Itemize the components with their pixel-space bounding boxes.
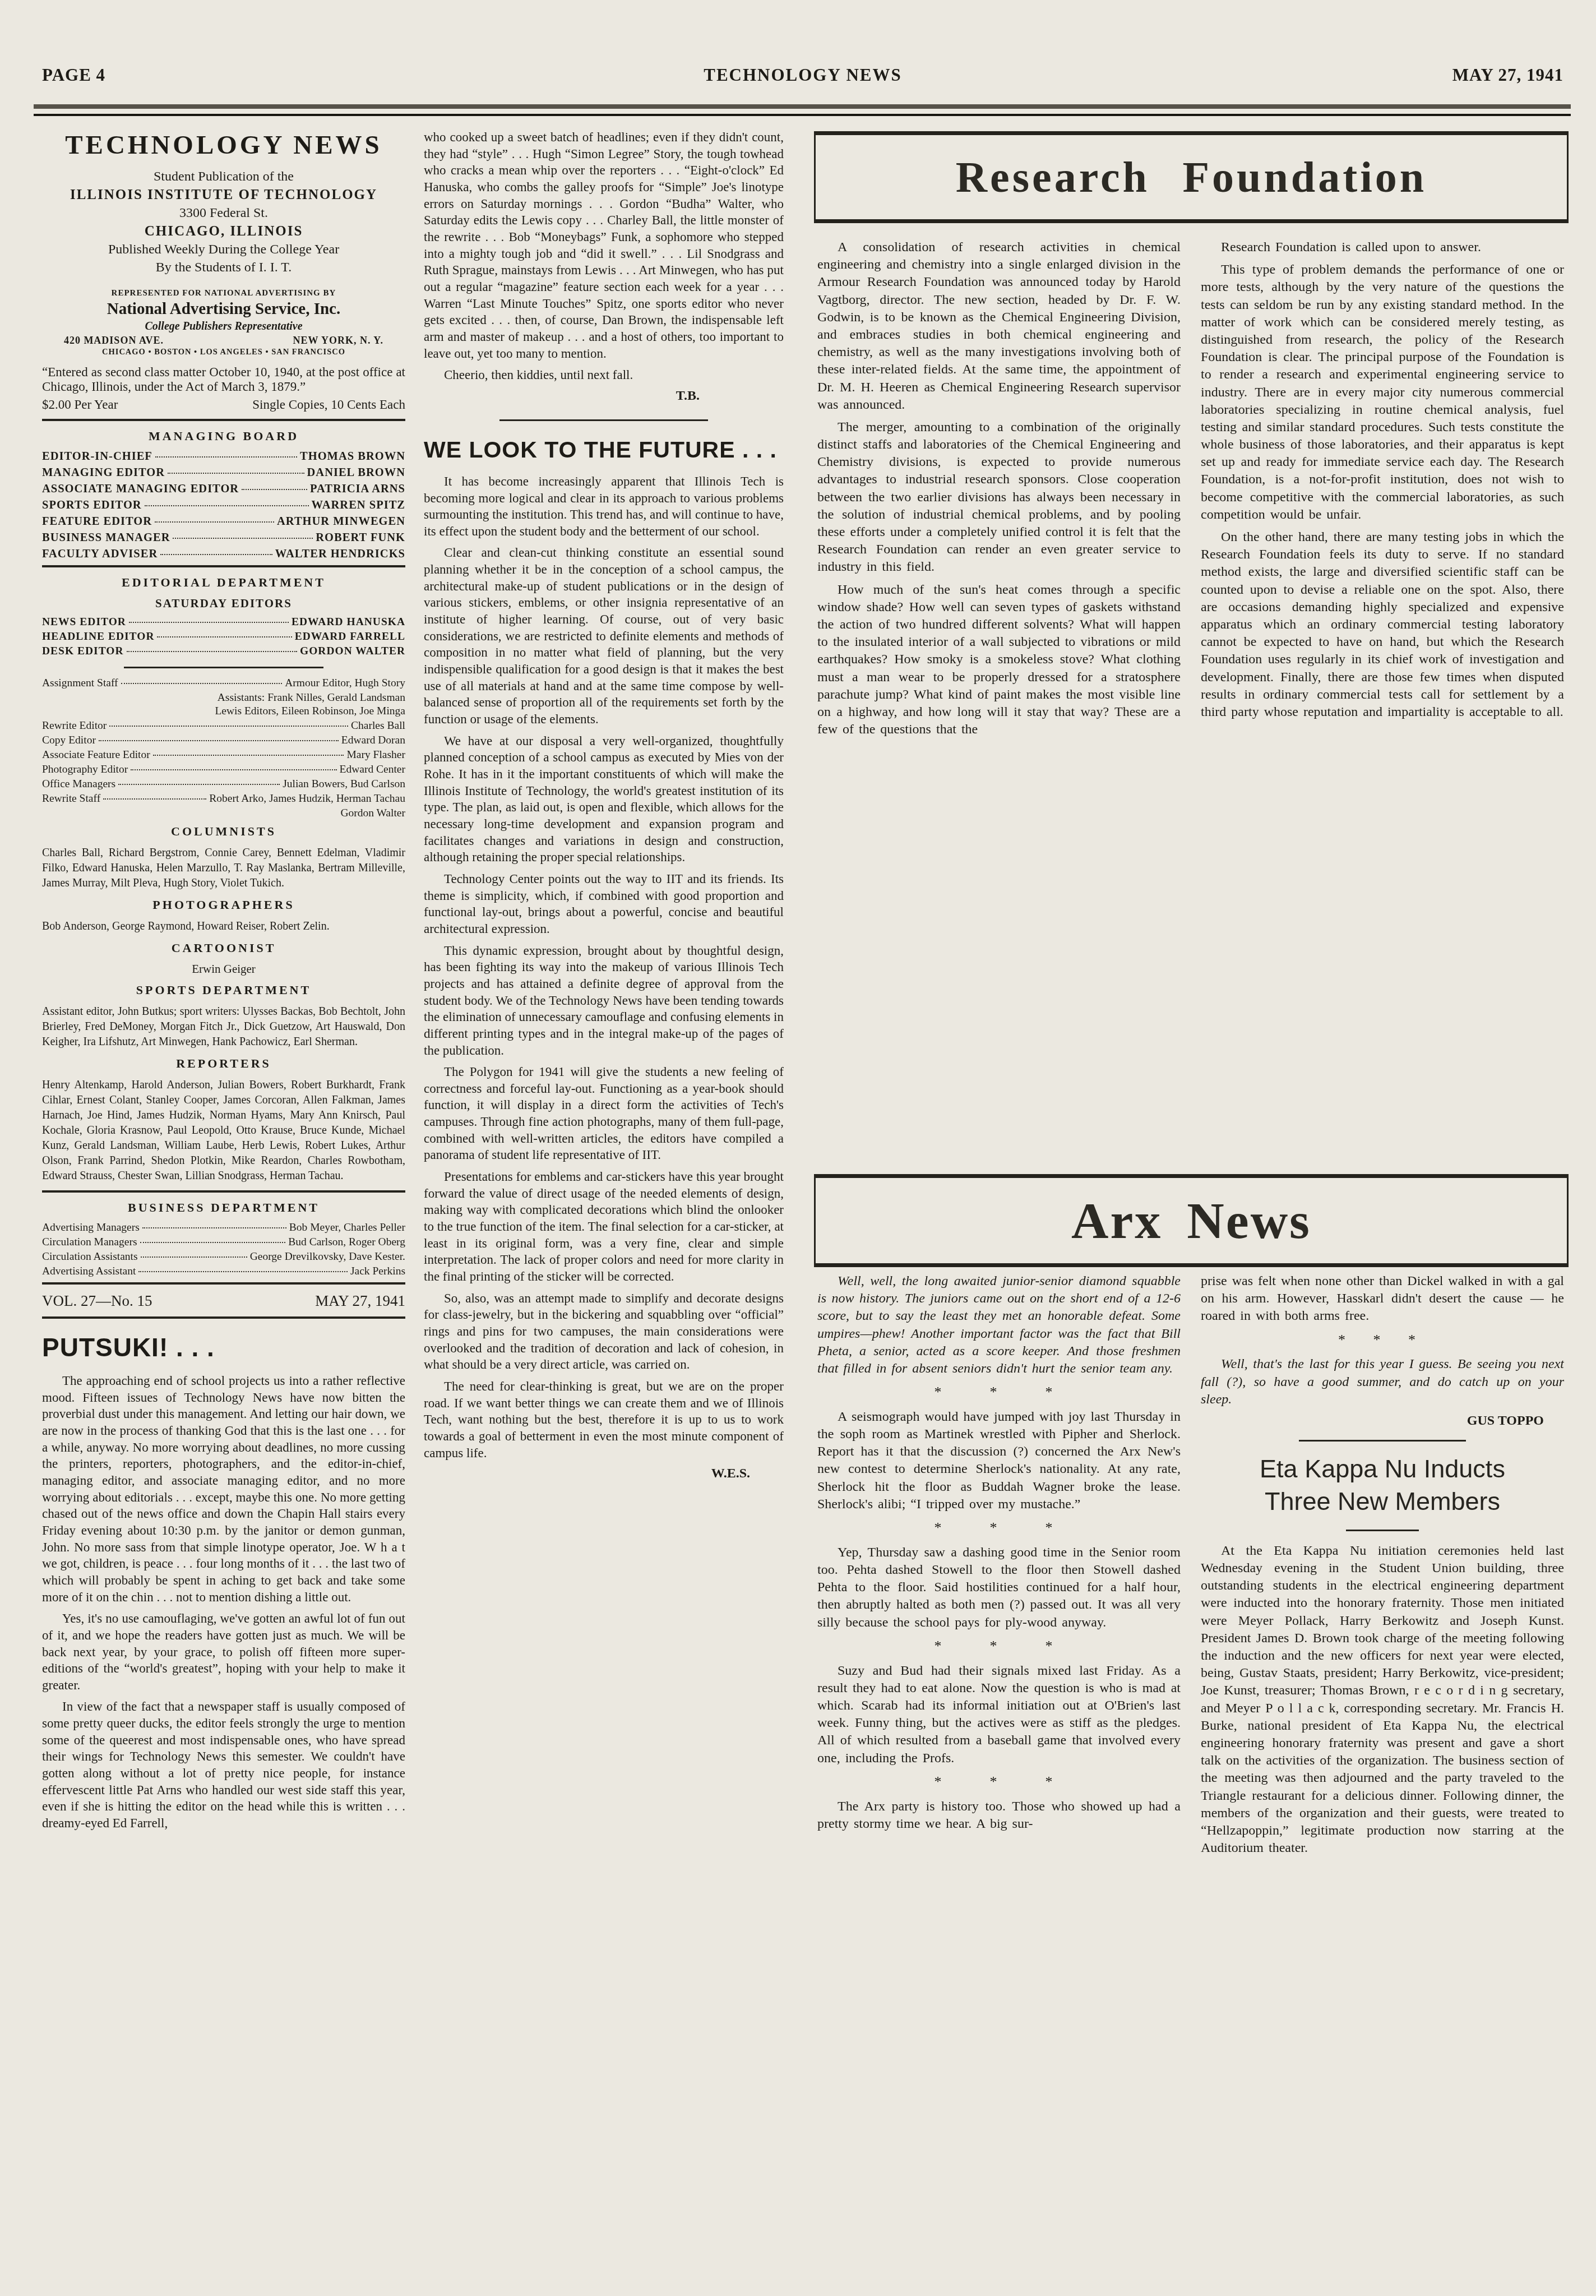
rf-left-paragraphs: A consolidation of research activities i…	[817, 239, 1181, 738]
dotted-leader	[140, 1242, 286, 1243]
leader-label: Associate Feature Editor	[42, 749, 150, 761]
business-department-rows: Advertising ManagersBob Meyer, Charles P…	[42, 1222, 405, 1278]
paragraph: This type of problem demands the perform…	[1201, 261, 1564, 524]
divider-rule-short	[124, 667, 323, 668]
leader-value: Mary Flasher	[346, 749, 405, 761]
price-per-year: $2.00 Per Year	[42, 398, 118, 412]
editorial-department-title: EDITORIAL DEPARTMENT	[42, 575, 405, 590]
divider-rule	[42, 565, 405, 567]
eta-headline-line2: Three New Members	[1265, 1487, 1500, 1516]
masthead-line: By the Students of I. I. T.	[42, 260, 405, 275]
column-1: TECHNOLOGY NEWS Student Publication of t…	[42, 129, 405, 2276]
saturday-editor-rows: NEWS EDITOREDWARD HANUSKAHEADLINE EDITOR…	[42, 616, 405, 658]
single-copy-price: Single Copies, 10 Cents Each	[252, 398, 405, 412]
paper-name: TECHNOLOGY NEWS	[704, 65, 902, 85]
volume-number: VOL. 27—No. 15	[42, 1292, 152, 1310]
issue-date: MAY 27, 1941	[1452, 65, 1563, 85]
paragraph: prise was felt when none other than Dick…	[1201, 1273, 1564, 1325]
leader-label: Circulation Managers	[42, 1236, 137, 1249]
dotted-leader	[121, 683, 283, 684]
leader-label: Rewrite Staff	[42, 793, 100, 805]
paragraph: Cheerio, then kiddies, until next fall.	[424, 367, 784, 384]
leader-value: EDWARD HANUSKA	[292, 616, 405, 629]
leader-row: ASSOCIATE MANAGING EDITORPATRICIA ARNS	[42, 483, 405, 496]
paragraph: Yep, Thursday saw a dashing good time in…	[817, 1544, 1181, 1632]
paragraph: The Polygon for 1941 will give the stude…	[424, 1064, 784, 1163]
putsuki-article: The approaching end of school projects u…	[42, 1373, 405, 1832]
saturday-editors-title: SATURDAY EDITORS	[42, 597, 405, 611]
arx-news-left-column: Well, well, the long awaited junior-seni…	[817, 1273, 1181, 1378]
leader-value: Edward Center	[340, 764, 406, 776]
sports-department-title: SPORTS DEPARTMENT	[42, 983, 405, 997]
leader-row: EDITOR-IN-CHIEFTHOMAS BROWN	[42, 450, 405, 463]
dotted-leader	[173, 538, 313, 539]
dotted-leader	[127, 651, 297, 652]
leader-row: NEWS EDITOREDWARD HANUSKA	[42, 616, 405, 629]
nas-subtitle: College Publishers Representative	[42, 320, 405, 333]
divider-rule-short	[1299, 1440, 1466, 1442]
leader-row: SPORTS EDITORWARREN SPITZ	[42, 499, 405, 512]
dotted-leader	[153, 755, 344, 756]
paragraph: In view of the fact that a newspaper sta…	[42, 1698, 405, 1831]
leader-value: WALTER HENDRICKS	[275, 548, 405, 561]
leader-value: EDWARD FARRELL	[295, 631, 405, 643]
gus-toppo-byline: GUS TOPPO	[1201, 1413, 1564, 1429]
paragraph: Technology Center points out the way to …	[424, 871, 784, 937]
leader-row: FEATURE EDITORARTHUR MINWEGEN	[42, 515, 405, 528]
reporters-list: Henry Altenkamp, Harold Anderson, Julian…	[42, 1078, 405, 1184]
putsuki-continuation: who cooked up a sweet batch of headlines…	[424, 129, 784, 384]
paragraph: The approaching end of school projects u…	[42, 1373, 405, 1605]
leader-value: GORDON WALTER	[300, 645, 405, 658]
divider-rule	[42, 1316, 405, 1319]
leader-row: DESK EDITORGORDON WALTER	[42, 645, 405, 658]
managing-board-rows: EDITOR-IN-CHIEFTHOMAS BROWNMANAGING EDIT…	[42, 450, 405, 561]
leader-value: Robert Arko, James Hudzik, Herman Tachau	[209, 793, 405, 805]
leader-continuation: Assistants: Frank Nilles, Gerald Landsma…	[42, 692, 405, 704]
leader-row: Circulation ManagersBud Carlson, Roger O…	[42, 1236, 405, 1249]
leader-label: Advertising Assistant	[42, 1265, 136, 1278]
column-4: Research Foundation is called upon to an…	[1201, 129, 1564, 2276]
putsuki-headline: PUTSUKI! . . .	[42, 1332, 405, 1362]
sports-staff-list: Assistant editor, John Butkus; sport wri…	[42, 1004, 405, 1050]
leader-value: Armour Editor, Hugh Story	[285, 677, 405, 690]
paragraph: Presentations for emblems and car-sticke…	[424, 1168, 784, 1285]
leader-value: Bob Meyer, Charles Peller	[289, 1222, 405, 1234]
managing-board-title: MANAGING BOARD	[42, 429, 405, 444]
leader-value: George Drevilkovsky, Dave Kester.	[250, 1251, 405, 1263]
stars-separator: * * *	[817, 1383, 1181, 1402]
leader-row: Rewrite EditorCharles Ball	[42, 720, 405, 732]
leader-row: Photography EditorEdward Center	[42, 764, 405, 776]
leader-value: Charles Ball	[351, 720, 405, 732]
research-foundation-left-column: A consolidation of research activities i…	[817, 239, 1181, 1170]
dotted-leader	[155, 521, 274, 523]
leader-row: Copy EditorEdward Doran	[42, 734, 405, 747]
divider-rule-short	[499, 419, 708, 421]
leader-row: Circulation AssistantsGeorge Drevilkovsk…	[42, 1251, 405, 1263]
headline-spacer	[1201, 1170, 1564, 1273]
dotted-leader	[168, 473, 304, 474]
leader-row: FACULTY ADVISERWALTER HENDRICKS	[42, 548, 405, 561]
headline-spacer	[817, 1170, 1181, 1273]
wes-signature: W.E.S.	[424, 1466, 784, 1481]
leader-row: Rewrite StaffRobert Arko, James Hudzik, …	[42, 793, 405, 805]
paragraph: A consolidation of research activities i…	[817, 239, 1181, 414]
masthead-line: CHICAGO, ILLINOIS	[42, 224, 405, 239]
columnists-list: Charles Ball, Richard Bergstrom, Connie …	[42, 846, 405, 891]
dotted-leader	[109, 726, 348, 727]
price-row: $2.00 Per Year Single Copies, 10 Cents E…	[42, 398, 405, 412]
photographers-title: PHOTOGRAPHERS	[42, 898, 405, 912]
leader-row: Assignment StaffArmour Editor, Hugh Stor…	[42, 677, 405, 690]
leader-row: BUSINESS MANAGERROBERT FUNK	[42, 532, 405, 544]
columnists-title: COLUMNISTS	[42, 824, 405, 839]
dotted-leader	[138, 1271, 348, 1272]
leader-label: SPORTS EDITOR	[42, 499, 142, 512]
research-foundation-right-column: Research Foundation is called upon to an…	[1201, 239, 1564, 1170]
dotted-leader	[145, 505, 309, 506]
paragraph: How much of the sun's heat comes through…	[817, 581, 1181, 739]
we-look-headline: WE LOOK TO THE FUTURE . . .	[424, 437, 784, 463]
eta-headline-line1: Eta Kappa Nu Inducts	[1260, 1454, 1505, 1483]
leader-value: Bud Carlson, Roger Oberg	[288, 1236, 405, 1249]
leader-label: HEADLINE EDITOR	[42, 631, 154, 643]
arx-news-left-items: * * *A seismograph would have jumped wit…	[817, 1383, 1181, 1833]
paragraph: Suzy and Bud had their signals mixed las…	[817, 1662, 1181, 1767]
stars-separator: * * *	[817, 1772, 1181, 1791]
paragraph: Yes, it's no use camouflaging, we've got…	[42, 1610, 405, 1693]
national-advertising-block: REPRESENTED FOR NATIONAL ADVERTISING BY …	[42, 289, 405, 357]
cartoonist-name: Erwin Geiger	[42, 962, 405, 976]
paragraph: Well, well, the long awaited junior-seni…	[817, 1273, 1181, 1378]
tb-signature: T.B.	[424, 389, 784, 404]
paragraph: So, also, was an attempt made to simplif…	[424, 1290, 784, 1373]
stars-separator: * * *	[817, 1637, 1181, 1656]
paragraph: A seismograph would have jumped with joy…	[817, 1408, 1181, 1513]
leader-row: MANAGING EDITORDANIEL BROWN	[42, 466, 405, 479]
dotted-leader	[141, 1256, 247, 1258]
masthead: TECHNOLOGY NEWS Student Publication of t…	[42, 130, 405, 357]
leader-label: Advertising Managers	[42, 1222, 140, 1234]
leader-value: WARREN SPITZ	[312, 499, 406, 512]
leader-value: ROBERT FUNK	[316, 532, 405, 544]
reporters-title: REPORTERS	[42, 1056, 405, 1071]
leader-label: NEWS EDITOR	[42, 616, 126, 629]
leader-row: Office ManagersJulian Bowers, Bud Carlso…	[42, 778, 405, 791]
dotted-leader	[103, 798, 206, 800]
leader-label: Assignment Staff	[42, 677, 118, 690]
eta-kappa-nu-headline: Eta Kappa Nu Inducts Three New Members	[1201, 1453, 1564, 1518]
leader-label: FACULTY ADVISER	[42, 548, 158, 561]
dotted-leader	[155, 456, 297, 458]
dotted-leader	[242, 489, 307, 490]
leader-value: Edward Doran	[341, 734, 405, 747]
paragraph: The merger, amounting to a combination o…	[817, 419, 1181, 576]
nas-address-left: 420 MADISON AVE.	[64, 335, 164, 347]
leader-value: Julian Bowers, Bud Carlson	[283, 778, 405, 791]
dotted-leader	[160, 554, 272, 555]
column-3: A consolidation of research activities i…	[817, 129, 1181, 2276]
business-department-title: BUSINESS DEPARTMENT	[42, 1200, 405, 1215]
paragraph: Clear and clean-cut thinking constitute …	[424, 544, 784, 727]
leader-value: DANIEL BROWN	[307, 466, 405, 479]
editorial-staff-rows: Assignment StaffArmour Editor, Hugh Stor…	[42, 677, 405, 820]
leader-value: ARTHUR MINWEGEN	[277, 515, 405, 528]
paragraph: We have at our disposal a very well-orga…	[424, 733, 784, 866]
nas-cities: CHICAGO • BOSTON • LOS ANGELES • SAN FRA…	[42, 348, 405, 357]
paragraph: Well, that's the last for this year I gu…	[1201, 1356, 1564, 1408]
we-look-article: It has become increasingly apparent that…	[424, 473, 784, 1461]
leader-label: Office Managers	[42, 778, 115, 791]
leader-value: Jack Perkins	[350, 1265, 405, 1278]
leader-label: ASSOCIATE MANAGING EDITOR	[42, 483, 239, 496]
dotted-leader	[157, 636, 292, 637]
newspaper-page: PAGE 4 TECHNOLOGY NEWS MAY 27, 1941 TECH…	[0, 0, 1596, 2296]
headline-spacer	[817, 129, 1181, 239]
divider-rule	[42, 1190, 405, 1193]
leader-value: THOMAS BROWN	[300, 450, 405, 463]
leader-label: EDITOR-IN-CHIEF	[42, 450, 152, 463]
nas-tagline: REPRESENTED FOR NATIONAL ADVERTISING BY	[42, 289, 405, 298]
leader-row: Associate Feature EditorMary Flasher	[42, 749, 405, 761]
arx-news-right-column: prise was felt when none other than Dick…	[1201, 1273, 1564, 1408]
photographers-list: Bob Anderson, George Raymond, Howard Rei…	[42, 919, 405, 934]
leader-label: Rewrite Editor	[42, 720, 107, 732]
dotted-leader	[142, 1227, 286, 1228]
nas-address-right: NEW YORK, N. Y.	[293, 335, 383, 347]
dotted-leader	[131, 769, 336, 770]
leader-label: DESK EDITOR	[42, 645, 124, 658]
masthead-line: Published Weekly During the College Year	[42, 242, 405, 257]
leader-continuation: Lewis Editors, Eileen Robinson, Joe Ming…	[42, 705, 405, 718]
header-rule	[34, 104, 1571, 116]
volume-date: MAY 27, 1941	[315, 1292, 405, 1310]
nas-address: 420 MADISON AVE. NEW YORK, N. Y.	[64, 335, 383, 347]
column-2: who cooked up a sweet batch of headlines…	[424, 129, 784, 2276]
dotted-leader	[99, 740, 339, 741]
leader-row: HEADLINE EDITOREDWARD FARRELL	[42, 631, 405, 643]
leader-label: Photography Editor	[42, 764, 128, 776]
paragraph: The need for clear-thinking is great, bu…	[424, 1378, 784, 1461]
divider-rule-short	[1346, 1530, 1419, 1531]
masthead-line: 3300 Federal St.	[42, 206, 405, 221]
eta-kappa-nu-article: At the Eta Kappa Nu initiation ceremonie…	[1201, 1542, 1564, 1857]
paragraph: who cooked up a sweet batch of headlines…	[424, 129, 784, 362]
paragraph: The Arx party is history too. Those who …	[817, 1798, 1181, 1833]
cartoonist-title: CARTOONIST	[42, 941, 405, 955]
entered-notice: “Entered as second class matter October …	[42, 365, 405, 394]
page-number: PAGE 4	[42, 65, 105, 85]
masthead-line: Student Publication of the	[42, 169, 405, 184]
stars-separator: * * *	[817, 1518, 1181, 1537]
paragraph: Research Foundation is called upon to an…	[1201, 239, 1564, 256]
leader-row: Advertising AssistantJack Perkins	[42, 1265, 405, 1278]
paragraph: On the other hand, there are many testin…	[1201, 529, 1564, 721]
divider-rule	[42, 1282, 405, 1285]
leader-row: Advertising ManagersBob Meyer, Charles P…	[42, 1222, 405, 1234]
rf-right-paragraphs: Research Foundation is called upon to an…	[1201, 239, 1564, 721]
leader-label: Circulation Assistants	[42, 1251, 138, 1263]
masthead-title: TECHNOLOGY NEWS	[42, 130, 405, 160]
paragraph: This dynamic expression, brought about b…	[424, 943, 784, 1059]
nas-name: National Advertising Service, Inc.	[42, 300, 405, 318]
leader-label: BUSINESS MANAGER	[42, 532, 170, 544]
masthead-line: ILLINOIS INSTITUTE OF TECHNOLOGY	[42, 187, 405, 203]
leader-label: FEATURE EDITOR	[42, 515, 152, 528]
dotted-leader	[118, 784, 280, 785]
divider-rule	[42, 419, 405, 421]
paragraph: It has become increasingly apparent that…	[424, 473, 784, 540]
leader-label: Copy Editor	[42, 734, 96, 747]
leader-value: PATRICIA ARNS	[310, 483, 405, 496]
volume-row: VOL. 27—No. 15 MAY 27, 1941	[42, 1292, 405, 1310]
leader-label: MANAGING EDITOR	[42, 466, 165, 479]
headline-spacer	[1201, 129, 1564, 239]
dotted-leader	[129, 622, 289, 623]
paragraph: At the Eta Kappa Nu initiation ceremonie…	[1201, 1542, 1564, 1857]
stars-separator: * * *	[1201, 1331, 1564, 1350]
leader-continuation: Gordon Walter	[42, 807, 405, 820]
